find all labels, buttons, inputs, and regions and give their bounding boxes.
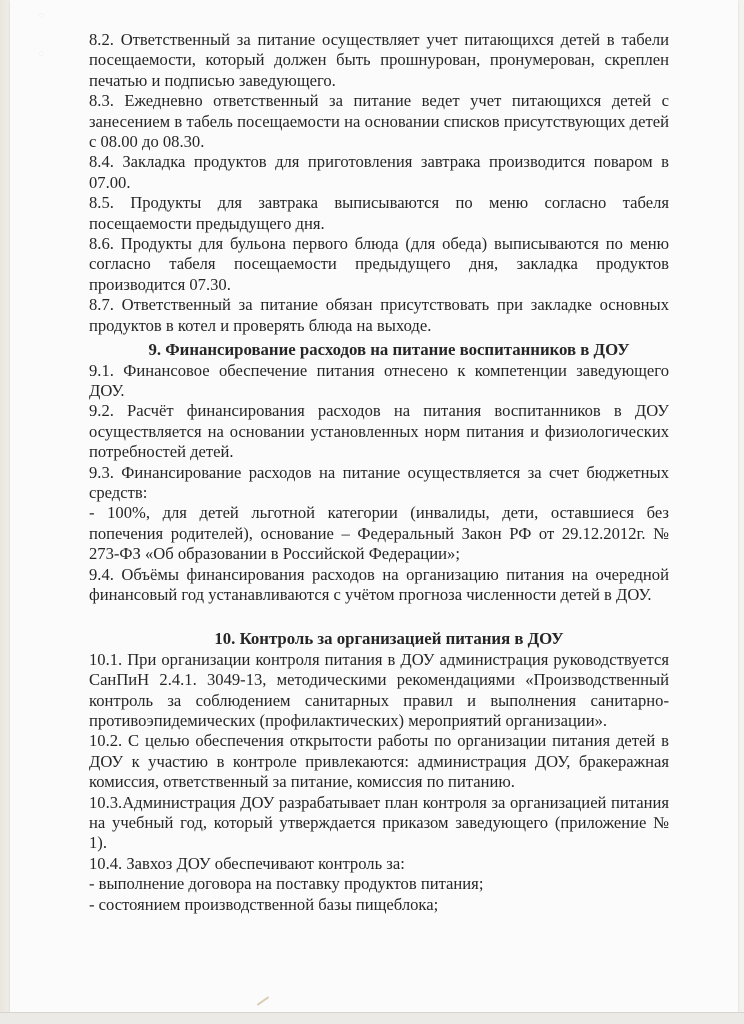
punch-hole-mark — [40, 52, 43, 55]
paragraph-10-1: 10.1. При организации контроля питания в… — [89, 650, 669, 732]
paragraph-9-3: 9.3. Финансирование расходов на питание … — [89, 463, 669, 504]
section-10: 10. Контроль за организацией питания в Д… — [89, 629, 669, 915]
paragraph-10-4: 10.4. Завхоз ДОУ обеспечивают контроль з… — [89, 854, 669, 874]
list-item-budget: - 100%, для детей льготной категории (ин… — [89, 503, 669, 564]
list-item: - выполнение договора на поставку продук… — [89, 874, 669, 894]
paragraph-8-2: 8.2. Ответственный за питание осуществля… — [89, 30, 669, 91]
paragraph-10-2: 10.2. С целью обеспечения открытости раб… — [89, 731, 669, 792]
paragraph-8-4: 8.4. Закладка продуктов для приготовлени… — [89, 152, 669, 193]
section-8: 8.2. Ответственный за питание осуществля… — [89, 30, 669, 336]
paragraph-10-3: 10.3.Администрация ДОУ разрабатывает пла… — [89, 793, 669, 854]
list-item: - состоянием производственной базы пищеб… — [89, 895, 669, 915]
paragraph-9-1: 9.1. Финансовое обеспечение питания отне… — [89, 361, 669, 402]
paragraph-9-4: 9.4. Объёмы финансирования расходов на о… — [89, 565, 669, 606]
paragraph-9-2: 9.2. Расчёт финансирования расходов на п… — [89, 401, 669, 462]
section-heading: 10. Контроль за организацией питания в Д… — [89, 629, 669, 649]
section-heading: 9. Финансирование расходов на питание во… — [89, 340, 669, 360]
paragraph-8-5: 8.5. Продукты для завтрака выписываются … — [89, 193, 669, 234]
document-body: 8.2. Ответственный за питание осуществля… — [89, 10, 669, 915]
paragraph-8-7: 8.7. Ответственный за питание обязан при… — [89, 295, 669, 336]
paragraph-8-3: 8.3. Ежедневно ответственный за питание … — [89, 91, 669, 152]
punch-hole-mark — [40, 14, 43, 17]
paragraph-8-6: 8.6. Продукты для бульона первого блюда … — [89, 234, 669, 295]
scan-bottom-edge — [0, 1012, 744, 1024]
section-9: 9. Финансирование расходов на питание во… — [89, 340, 669, 605]
paper-scuff-mark — [257, 996, 270, 1006]
